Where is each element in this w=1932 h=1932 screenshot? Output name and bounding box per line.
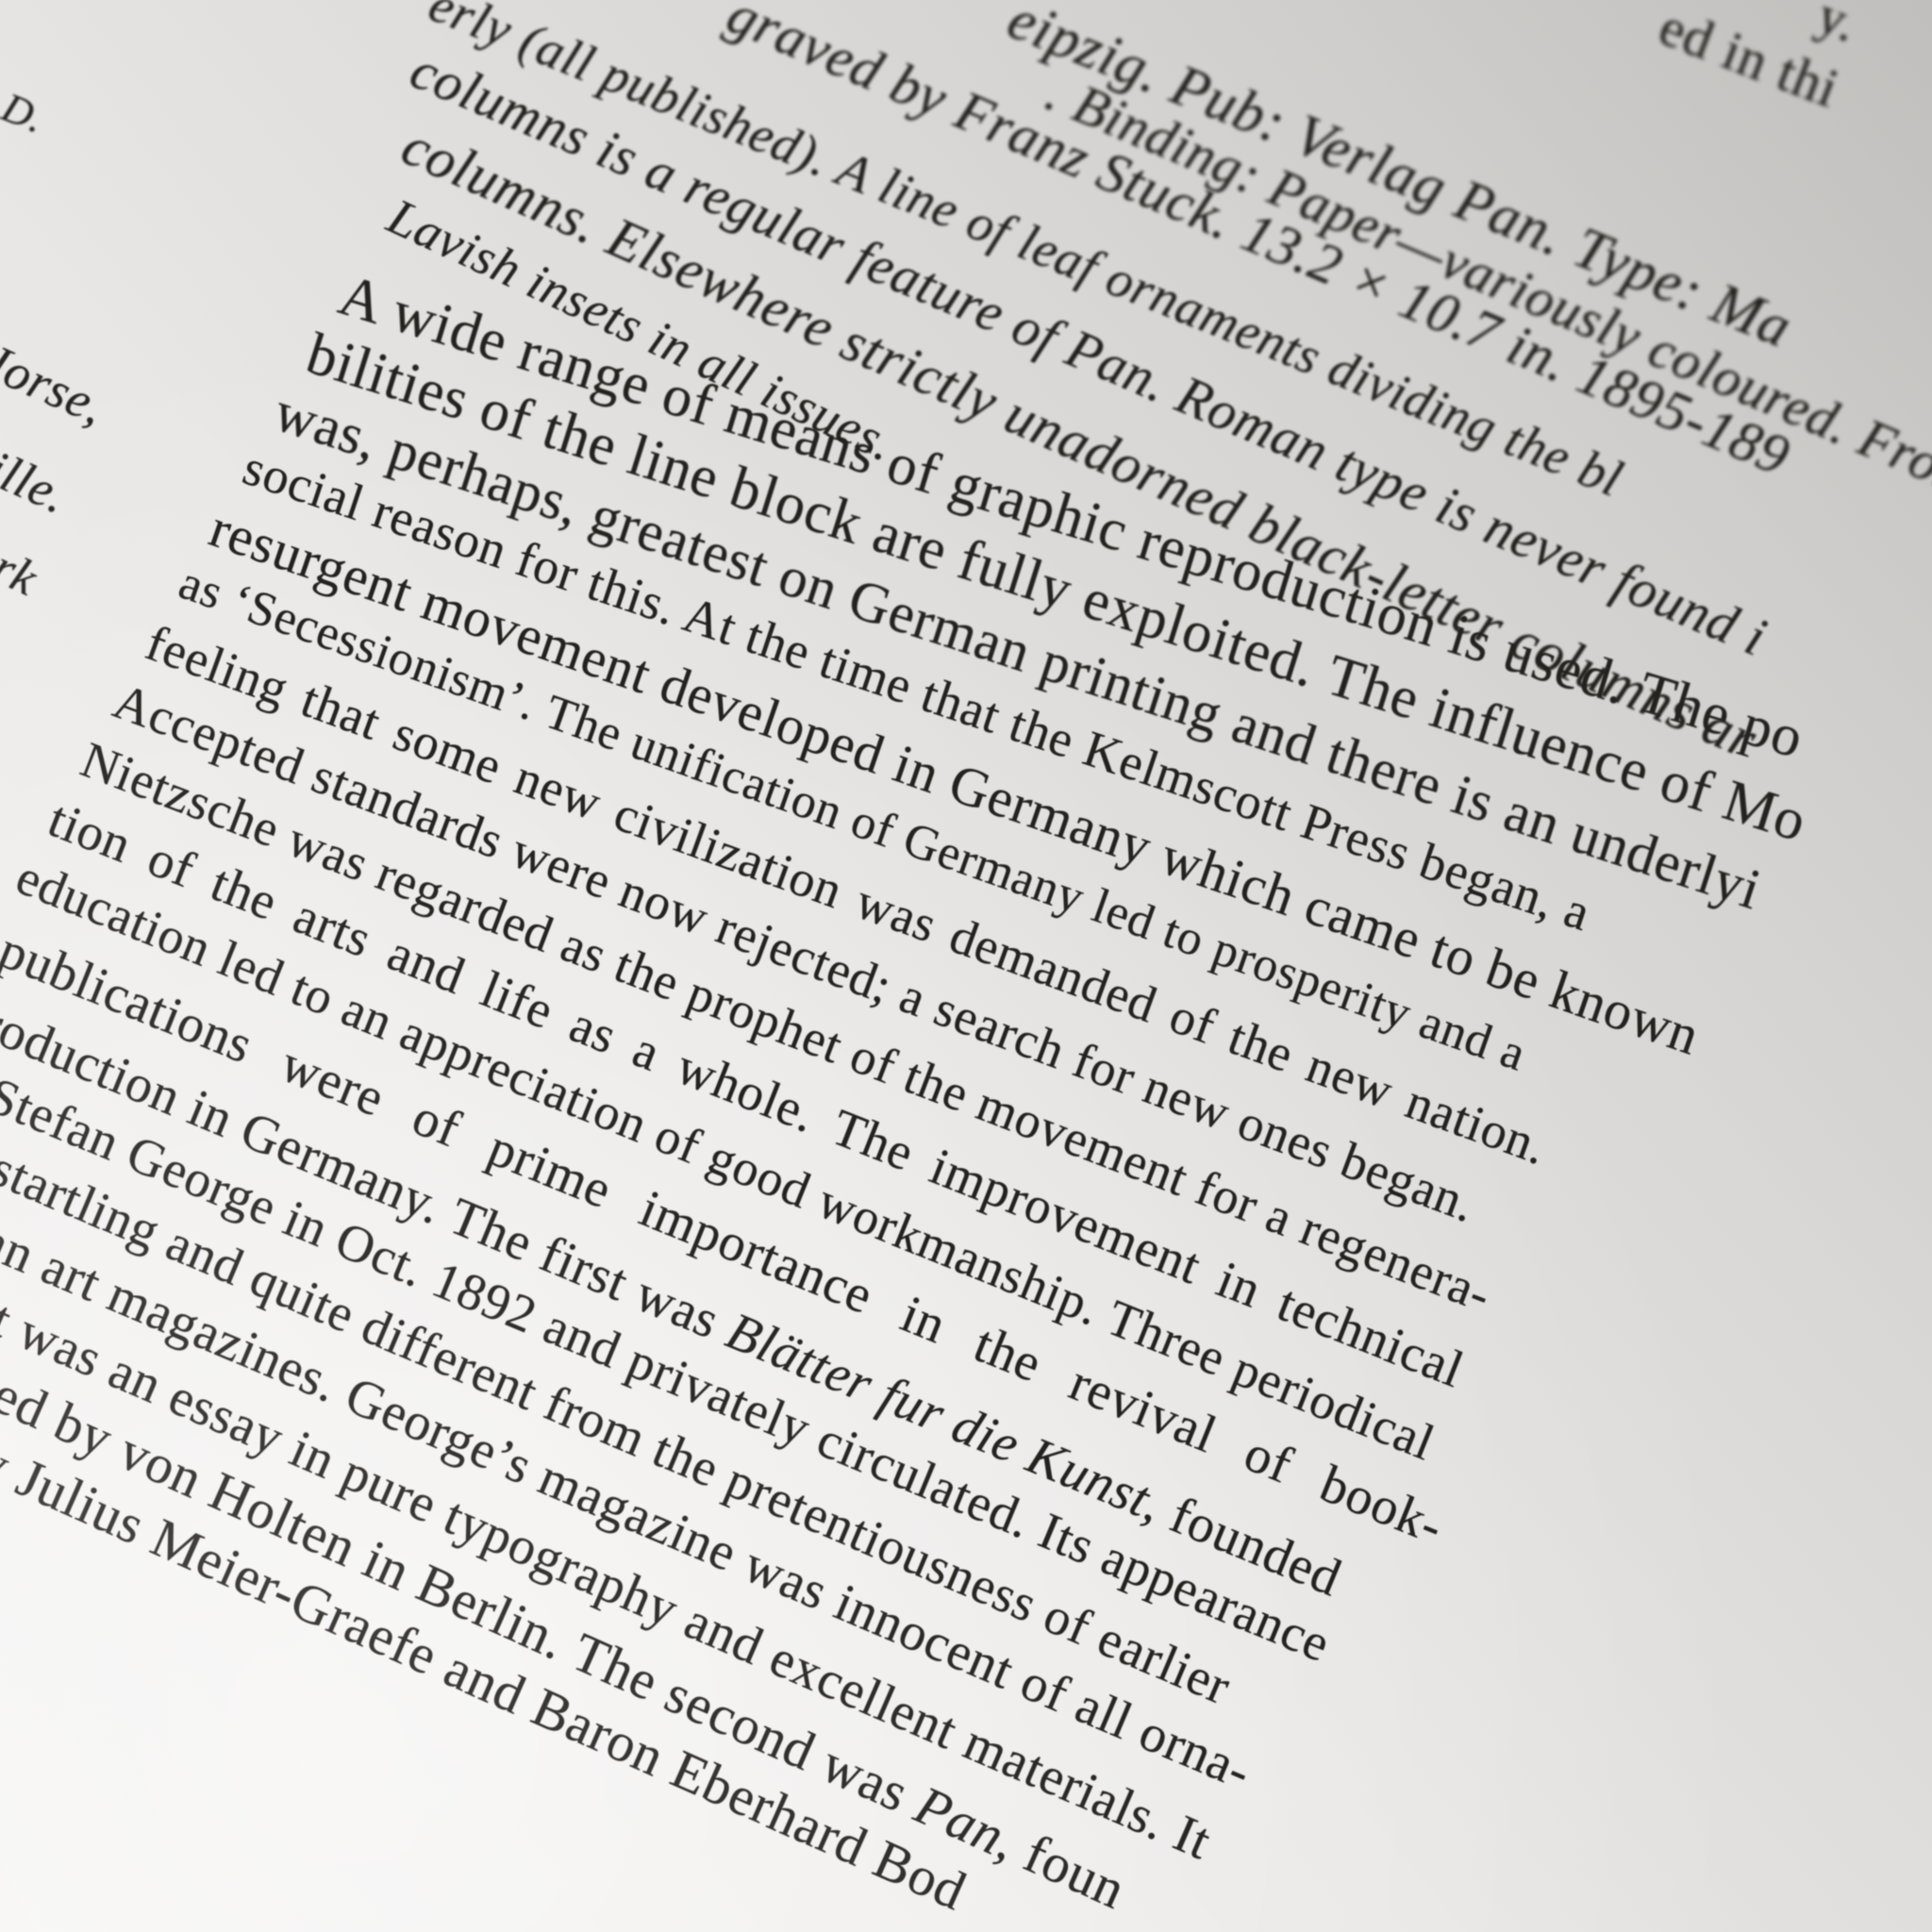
previous-paragraph-fragment-1: y.: [1809, 0, 1866, 55]
left-column-fragment-3: ville.: [0, 429, 77, 525]
book-page-photo: D. Horse, ville. ark y. ed in thi eipzig…: [0, 0, 1932, 1932]
left-column-fragment-2: Horse,: [0, 325, 114, 437]
left-column-fragment-1: D.: [0, 83, 52, 143]
left-column-fragment-4: ark: [0, 528, 46, 608]
